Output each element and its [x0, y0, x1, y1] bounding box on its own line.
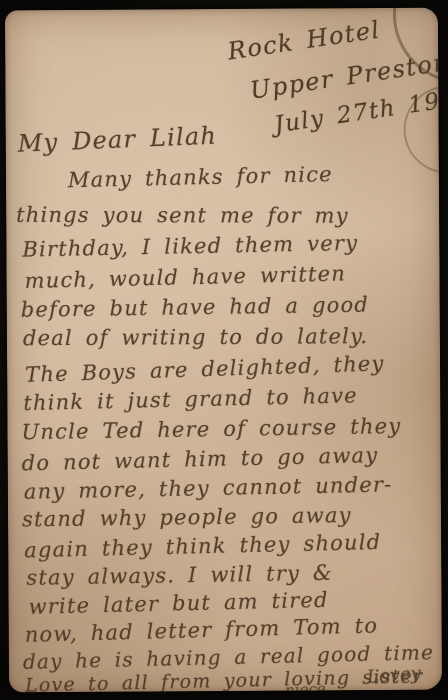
inserted-word: niece [285, 680, 326, 693]
letter-line: deal of writing to do lately. [23, 324, 368, 350]
letter-line: much, would have written [24, 261, 346, 293]
letter-line: think it just grand to have [23, 383, 358, 415]
dateline-place: Rock Hotel [226, 15, 382, 65]
letter-line: Uncle Ted here of course they [21, 414, 401, 444]
letter-line: again they think they should [24, 530, 382, 562]
letter-line: before but have had a good [21, 293, 370, 322]
postcard: Rock Hotel Upper Preston July 27th 1911 … [5, 8, 442, 693]
letter-line: The Boys are delighted, they [25, 351, 385, 387]
letter-line: do not want him to go away [21, 443, 378, 475]
letter-line: any more, they cannot under- [24, 472, 393, 503]
signature: Lovey [366, 663, 421, 688]
letter-line: stay always. I will try & [26, 561, 333, 590]
letter-line: Birthday, I liked them very [22, 231, 358, 262]
letter-line: stand why people go away [22, 503, 352, 531]
letter-line: Many thanks for nice [68, 162, 333, 192]
letter-line: things you sent me for my [16, 203, 349, 228]
salutation: My Dear Lilah [17, 122, 217, 158]
letter-line: write later but am tired [28, 588, 329, 619]
